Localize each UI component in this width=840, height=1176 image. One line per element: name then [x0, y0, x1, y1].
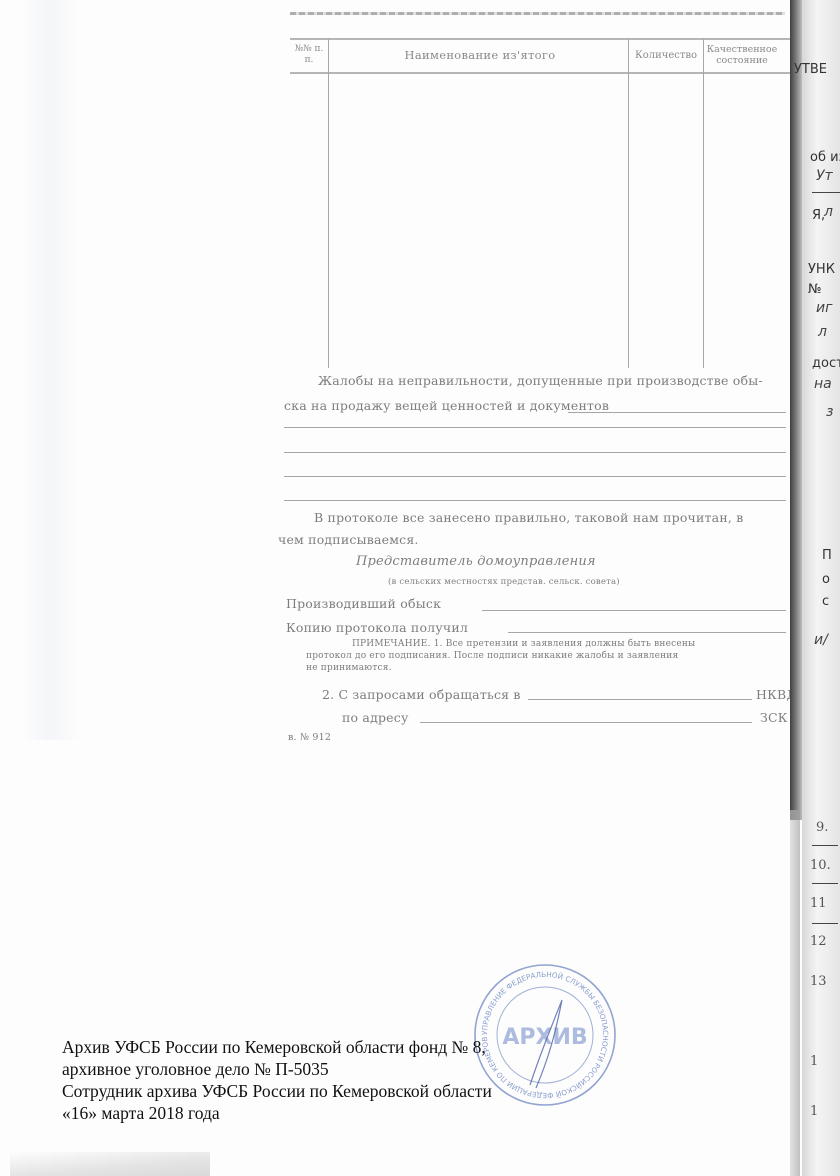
- seized-items-table: №№ п. п. Наименование из'ятого Количеств…: [290, 38, 790, 368]
- spine-fragment: 11: [810, 896, 827, 911]
- inquiries-line-1: 2. С запросами обращаться в: [322, 687, 521, 702]
- spine-fragment: УНК: [808, 262, 835, 277]
- table-top-border: [290, 38, 790, 40]
- spine-lower-shadow: [790, 810, 800, 1176]
- copy-received-label: Копию протокола получил: [286, 620, 468, 635]
- blank-line: [284, 452, 786, 453]
- searcher-signature-line: [482, 610, 786, 611]
- confirmation-line-2: чем подписываемся.: [278, 532, 419, 547]
- archive-note-line-2: архивное уголовное дело № П-5035: [62, 1058, 492, 1080]
- note-line-3: не принимаются.: [306, 663, 392, 673]
- spine-fragment: 10.: [810, 858, 831, 873]
- spine-fragment: 9.: [816, 820, 828, 835]
- note-line-2: протокол до его подписания. После подпис…: [306, 651, 678, 661]
- spine-fragment: УТВЕ: [794, 62, 827, 77]
- spine-fragment: с: [822, 594, 829, 609]
- address-blank-line: [420, 722, 752, 723]
- table-column-divider: [628, 38, 629, 368]
- confirmation-line-1: В протоколе все занесено правильно, тако…: [314, 510, 743, 525]
- spine-rule: [812, 883, 838, 884]
- spine-fragment: 1: [810, 1054, 818, 1069]
- blank-line: [284, 476, 786, 477]
- spine-handwriting: Ут: [816, 168, 833, 184]
- spine-handwriting: иг: [816, 300, 832, 316]
- blank-line: [284, 500, 786, 501]
- archive-note-line-4: «16» марта 2018 года: [62, 1102, 492, 1124]
- archive-certification: Архив УФСБ России по Кемеровской области…: [62, 1036, 492, 1124]
- spine-handwriting: л: [824, 204, 833, 220]
- spine-rule: [812, 923, 838, 924]
- representative-title: Представитель домоуправления: [356, 554, 596, 569]
- archive-note-line-3: Сотрудник архива УФСБ России по Кемеровс…: [62, 1080, 492, 1102]
- archive-seal-icon: УПРАВЛЕНИЕ ФЕДЕРАЛЬНОЙ СЛУЖБЫ БЕЗОПАСНОС…: [470, 960, 620, 1110]
- table-header-border: [290, 72, 790, 74]
- spine-handwriting: и/: [814, 632, 828, 648]
- spine-shadow: [790, 0, 802, 820]
- spine-rule: [812, 845, 838, 846]
- blank-line: [284, 427, 786, 428]
- spine-fragment: об из: [810, 150, 840, 165]
- inquiries-blank-line: [528, 699, 752, 700]
- form-number: в. № 912: [288, 732, 331, 743]
- spine-fragment: П: [822, 548, 832, 563]
- header-item-name: Наименование из'ятого: [330, 50, 630, 61]
- complaints-line-1: Жалобы на неправильности, допущенные при…: [318, 373, 763, 388]
- spine-fragment: №: [808, 282, 822, 297]
- scan-shadow: [20, 0, 80, 740]
- header-condition: Качественное состояние: [704, 44, 780, 66]
- spine-fragment: о: [822, 572, 830, 587]
- inquiries-line-2: по адресу: [342, 710, 409, 725]
- spine-handwriting: на: [814, 376, 832, 392]
- note-line-1: ПРИМЕЧАНИЕ. 1. Все претензии и заявления…: [352, 639, 695, 649]
- copy-received-line: [508, 632, 786, 633]
- table-column-divider: [703, 38, 704, 368]
- spine-rule: [812, 192, 840, 193]
- table-column-divider: [328, 38, 329, 368]
- spine-handwriting: з: [826, 404, 833, 420]
- adjacent-page-spine: УТВЕ об из Ут Я, л УНК № иг л дост на з …: [790, 0, 840, 1176]
- spine-fragment: 13: [810, 974, 827, 989]
- spine-fragment: 12: [810, 934, 827, 949]
- header-number: №№ п. п.: [292, 44, 326, 66]
- searcher-signature-label: Производивший обыск: [286, 596, 441, 611]
- spine-fragment: 1: [810, 1104, 818, 1119]
- inquiries-zsk: ЗСК: [760, 710, 788, 725]
- scan-bottom-shadow: [10, 1152, 210, 1176]
- spine-fragment: дост: [812, 356, 840, 371]
- svg-text:АРХИВ: АРХИВ: [502, 1025, 587, 1050]
- representative-subtitle: (в сельских местностях представ. сельск.…: [388, 577, 620, 587]
- spine-handwriting: л: [818, 324, 827, 340]
- archive-note-line-1: Архив УФСБ России по Кемеровской области…: [62, 1036, 492, 1058]
- page-top-edge: [290, 12, 785, 15]
- complaints-blank-line: [568, 412, 786, 413]
- complaints-line-2: ска на продажу вещей ценностей и докумен…: [284, 398, 609, 413]
- header-quantity: Количество: [630, 50, 702, 61]
